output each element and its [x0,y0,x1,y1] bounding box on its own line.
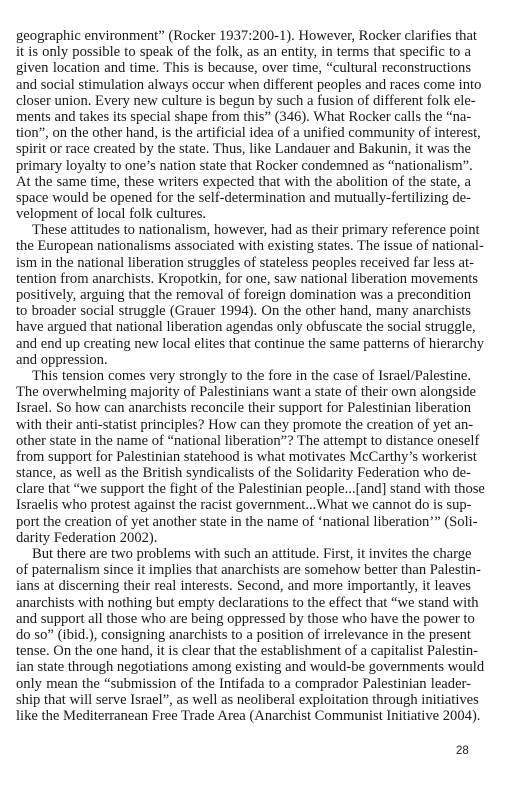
text-line: space would be opened for the self-deter… [16,190,471,206]
text-line: and end up creating new local elites tha… [16,336,471,352]
page-number: 28 [456,745,469,757]
paragraph-3: This tension comes very strongly to the … [16,368,471,546]
text-line: primary loyalty to one’s nation state th… [16,158,471,174]
paragraph-1: geographic environment” (Rocker 1937:200… [16,28,471,222]
text-line: velopment of local folk cultures. [16,206,471,222]
text-line: At the same time, these writers expected… [16,174,471,190]
text-line: spirit or race created by the state. Thu… [16,141,471,157]
text-line: to broader social struggle (Grauer 1994)… [16,303,471,319]
text-line: and social stimulation always occur when… [16,77,471,93]
text-line: clare that “we support the fight of the … [16,481,471,497]
text-line: only mean the “submission of the Intifad… [16,676,471,692]
text-line: tention from anarchists. Kropotkin, for … [16,271,471,287]
paragraph-4: But there are two problems with such an … [16,546,471,724]
text-line: stance, as well as the British syndicali… [16,465,471,481]
body-text: geographic environment” (Rocker 1937:200… [16,28,471,724]
text-line: This tension comes very strongly to the … [16,368,471,384]
text-line: Israel. So how can anarchists reconcile … [16,400,471,416]
text-line: ship that will serve Israel”, as well as… [16,692,471,708]
text-line: ians at discerning their real interests.… [16,578,471,594]
text-line: geographic environment” (Rocker 1937:200… [16,28,471,44]
text-line: ian state through negotiations among exi… [16,659,471,675]
text-line: have argued that national liberation age… [16,319,471,335]
text-line: positively, arguing that the removal of … [16,287,471,303]
document-page: geographic environment” (Rocker 1937:200… [0,0,524,809]
text-line: The overwhelming majority of Palestinian… [16,384,471,400]
text-line: Israelis who protest against the racist … [16,497,471,513]
text-line: of paternalism since it implies that ana… [16,562,471,578]
text-line: do so” (ibid.), consigning anarchists to… [16,627,471,643]
text-line: ments and takes its special shape from t… [16,109,471,125]
text-line: anarchists with nothing but empty declar… [16,595,471,611]
text-line: and support all those who are being oppr… [16,611,471,627]
text-line: given location and time. This is because… [16,60,471,76]
text-line: tense. On the one hand, it is clear that… [16,643,471,659]
text-line: These attitudes to nationalism, however,… [16,222,471,238]
text-line: port the creation of yet another state i… [16,514,471,530]
text-line: tion”, on the other hand, is the artific… [16,125,471,141]
text-line: But there are two problems with such an … [16,546,471,562]
text-line: from support for Palestinian statehood i… [16,449,471,465]
text-line: like the Mediterranean Free Trade Area (… [16,708,471,724]
text-line: and oppression. [16,352,471,368]
text-line: it is only possible to speak of the folk… [16,44,471,60]
text-line: darity Federation 2002). [16,530,471,546]
text-line: closer union. Every new culture is begun… [16,93,471,109]
text-line: other state in the name of “national lib… [16,433,471,449]
text-line: the European nationalisms associated wit… [16,238,471,254]
text-line: with their anti-statist principles? How … [16,417,471,433]
text-line: ism in the national liberation struggles… [16,255,471,271]
paragraph-2: These attitudes to nationalism, however,… [16,222,471,368]
